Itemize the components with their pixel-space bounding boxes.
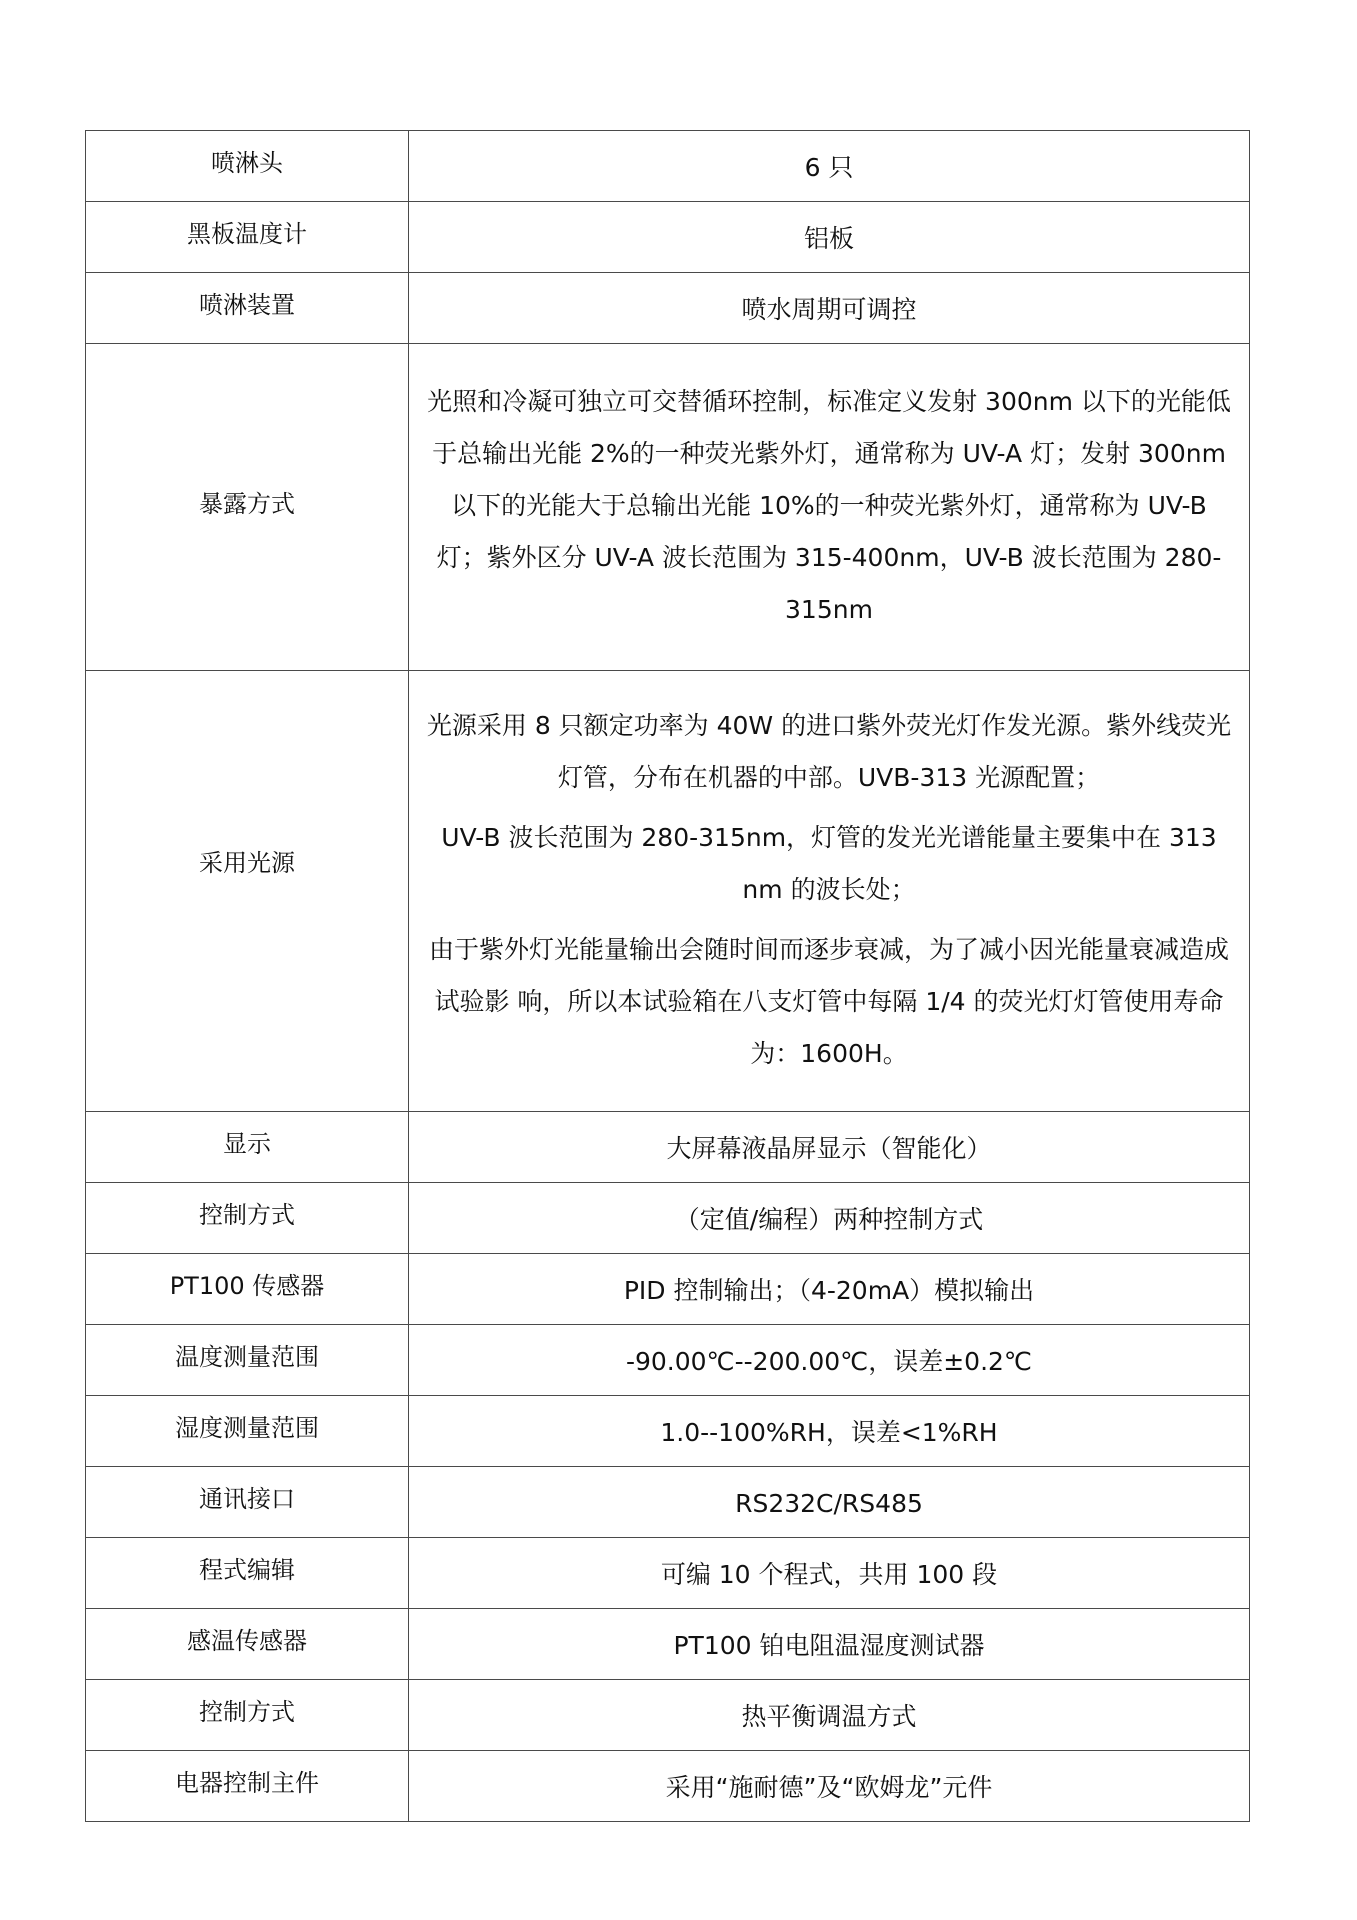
light-source-paragraph-2: UV-B 波长范围为 280-315nm，灯管的发光光谱能量主要集中在 313 … <box>423 812 1235 916</box>
value-cell: 6 只 <box>409 131 1250 202</box>
table-row: 采用光源 光源采用 8 只额定功率为 40W 的进口紫外荧光灯作发光源。紫外线荧… <box>86 671 1250 1112</box>
label-cell: 喷淋装置 <box>86 273 409 344</box>
control-mode-label: 控制方式 <box>199 1200 295 1230</box>
program-edit-label: 程式编辑 <box>199 1555 295 1585</box>
value-cell: 大屏幕液晶屏显示（智能化） <box>409 1112 1250 1183</box>
table-row: 黑板温度计 铝板 <box>86 202 1250 273</box>
label-cell: 温度测量范围 <box>86 1325 409 1396</box>
humidity-range-value: 1.0--100%RH，误差<1%RH <box>660 1418 997 1448</box>
control-mode-value: （定值/编程）两种控制方式 <box>675 1205 983 1235</box>
pt100-sensor-label: PT100 传感器 <box>170 1271 325 1301</box>
value-cell: 可编 10 个程式，共用 100 段 <box>409 1538 1250 1609</box>
table-row: 控制方式 （定值/编程）两种控制方式 <box>86 1183 1250 1254</box>
spray-device-label: 喷淋装置 <box>199 290 295 320</box>
label-cell: 控制方式 <box>86 1183 409 1254</box>
temperature-range-label: 温度测量范围 <box>175 1342 319 1372</box>
spray-device-value: 喷水周期可调控 <box>741 295 916 325</box>
black-panel-thermometer-value: 铝板 <box>804 224 854 254</box>
light-source-paragraph-1: 光源采用 8 只额定功率为 40W 的进口紫外荧光灯作发光源。紫外线荧光灯管，分… <box>423 700 1235 804</box>
electrical-components-value: 采用“施耐德”及“欧姆龙”元件 <box>666 1773 993 1803</box>
table-row: PT100 传感器 PID 控制输出；（4-20mA）模拟输出 <box>86 1254 1250 1325</box>
table-row: 显示 大屏幕液晶屏显示（智能化） <box>86 1112 1250 1183</box>
table-row: 电器控制主件 采用“施耐德”及“欧姆龙”元件 <box>86 1751 1250 1822</box>
value-cell: 1.0--100%RH，误差<1%RH <box>409 1396 1250 1467</box>
display-label: 显示 <box>223 1129 271 1159</box>
comm-interface-label: 通讯接口 <box>199 1484 295 1514</box>
label-cell: 通讯接口 <box>86 1467 409 1538</box>
value-cell: 铝板 <box>409 202 1250 273</box>
table-row: 喷淋头 6 只 <box>86 131 1250 202</box>
temp-sensor-label: 感温传感器 <box>187 1626 307 1656</box>
table-row: 感温传感器 PT100 铂电阻温湿度测试器 <box>86 1609 1250 1680</box>
control-method-label: 控制方式 <box>199 1697 295 1727</box>
label-cell: 电器控制主件 <box>86 1751 409 1822</box>
black-panel-thermometer-label: 黑板温度计 <box>187 219 307 249</box>
light-source-paragraph-3: 由于紫外灯光能量输出会随时间而逐步衰减，为了减小因光能量衰减造成试验影 响，所以… <box>423 924 1235 1080</box>
label-cell: 喷淋头 <box>86 131 409 202</box>
value-cell: RS232C/RS485 <box>409 1467 1250 1538</box>
label-cell: 显示 <box>86 1112 409 1183</box>
table-row: 湿度测量范围 1.0--100%RH，误差<1%RH <box>86 1396 1250 1467</box>
table-row: 暴露方式 光照和冷凝可独立可交替循环控制，标准定义发射 300nm 以下的光能低… <box>86 344 1250 671</box>
exposure-mode-paragraph: 光照和冷凝可独立可交替循环控制，标准定义发射 300nm 以下的光能低于总输出光… <box>423 376 1235 636</box>
label-cell: 采用光源 <box>86 671 409 1112</box>
label-cell: 程式编辑 <box>86 1538 409 1609</box>
table-row: 程式编辑 可编 10 个程式，共用 100 段 <box>86 1538 1250 1609</box>
value-cell: 喷水周期可调控 <box>409 273 1250 344</box>
comm-interface-value: RS232C/RS485 <box>735 1489 923 1519</box>
label-cell: 感温传感器 <box>86 1609 409 1680</box>
pt100-sensor-value: PID 控制输出；（4-20mA）模拟输出 <box>624 1276 1034 1306</box>
value-cell: 光照和冷凝可独立可交替循环控制，标准定义发射 300nm 以下的光能低于总输出光… <box>409 344 1250 671</box>
spray-head-value: 6 只 <box>805 153 854 183</box>
light-source-label: 采用光源 <box>199 848 295 878</box>
label-cell: 湿度测量范围 <box>86 1396 409 1467</box>
value-cell: -90.00℃--200.00℃，误差±0.2℃ <box>409 1325 1250 1396</box>
spec-table: 喷淋头 6 只 黑板温度计 铝板 喷淋装置 喷水周期可调控 暴露方式 光照和冷凝… <box>85 130 1250 1822</box>
display-value: 大屏幕液晶屏显示（智能化） <box>666 1134 991 1164</box>
electrical-components-label: 电器控制主件 <box>175 1768 319 1798</box>
label-cell: 暴露方式 <box>86 344 409 671</box>
label-cell: PT100 传感器 <box>86 1254 409 1325</box>
value-cell: 热平衡调温方式 <box>409 1680 1250 1751</box>
humidity-range-label: 湿度测量范围 <box>175 1413 319 1443</box>
table-row: 控制方式 热平衡调温方式 <box>86 1680 1250 1751</box>
exposure-mode-label: 暴露方式 <box>199 489 295 519</box>
program-edit-value: 可编 10 个程式，共用 100 段 <box>661 1560 997 1590</box>
value-cell: PT100 铂电阻温湿度测试器 <box>409 1609 1250 1680</box>
temp-sensor-value: PT100 铂电阻温湿度测试器 <box>673 1631 984 1661</box>
label-cell: 黑板温度计 <box>86 202 409 273</box>
value-cell: PID 控制输出；（4-20mA）模拟输出 <box>409 1254 1250 1325</box>
label-cell: 控制方式 <box>86 1680 409 1751</box>
value-cell: 采用“施耐德”及“欧姆龙”元件 <box>409 1751 1250 1822</box>
value-cell: （定值/编程）两种控制方式 <box>409 1183 1250 1254</box>
temperature-range-value: -90.00℃--200.00℃，误差±0.2℃ <box>626 1347 1032 1377</box>
table-row: 通讯接口 RS232C/RS485 <box>86 1467 1250 1538</box>
table-row: 喷淋装置 喷水周期可调控 <box>86 273 1250 344</box>
value-cell: 光源采用 8 只额定功率为 40W 的进口紫外荧光灯作发光源。紫外线荧光灯管，分… <box>409 671 1250 1112</box>
table-row: 温度测量范围 -90.00℃--200.00℃，误差±0.2℃ <box>86 1325 1250 1396</box>
control-method-value: 热平衡调温方式 <box>741 1702 916 1732</box>
spray-head-label: 喷淋头 <box>211 148 283 178</box>
